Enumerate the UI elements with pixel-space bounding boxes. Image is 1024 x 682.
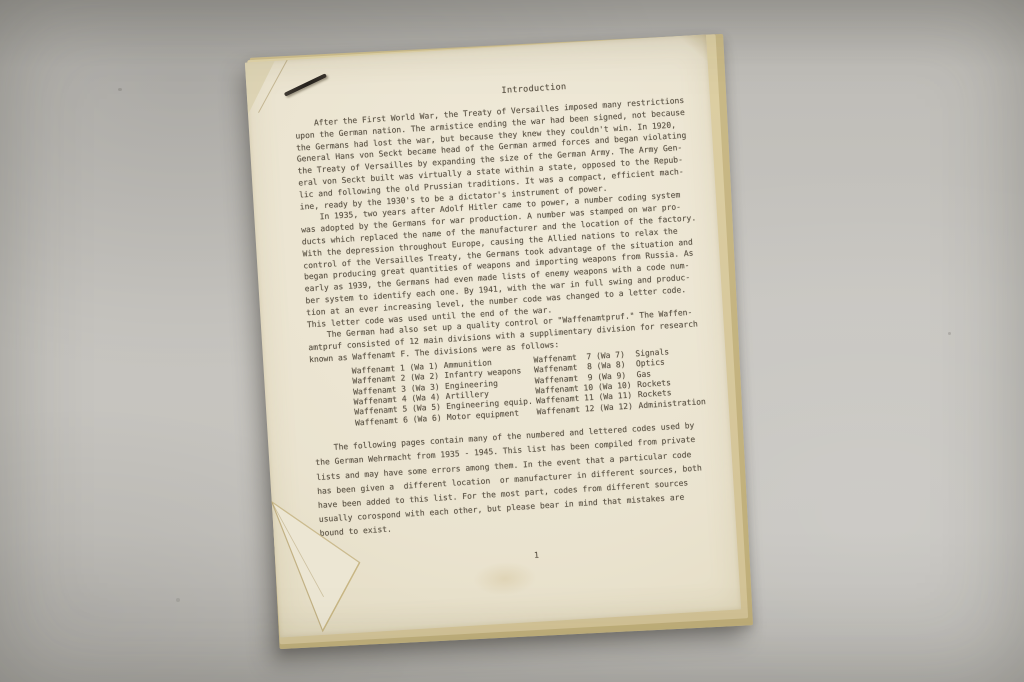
carpet-speck [118, 88, 122, 91]
document-page: Introduction After the First World War, … [245, 34, 741, 637]
photo-scene: Introduction After the First World War, … [0, 0, 1024, 682]
paper-stack: Introduction After the First World War, … [245, 34, 741, 637]
staple [284, 73, 327, 96]
carpet-speck [948, 332, 951, 335]
carpet-speck [176, 598, 180, 602]
page-stain [472, 560, 538, 598]
folded-corner [269, 489, 399, 638]
curled-corner-top-right [680, 34, 708, 62]
